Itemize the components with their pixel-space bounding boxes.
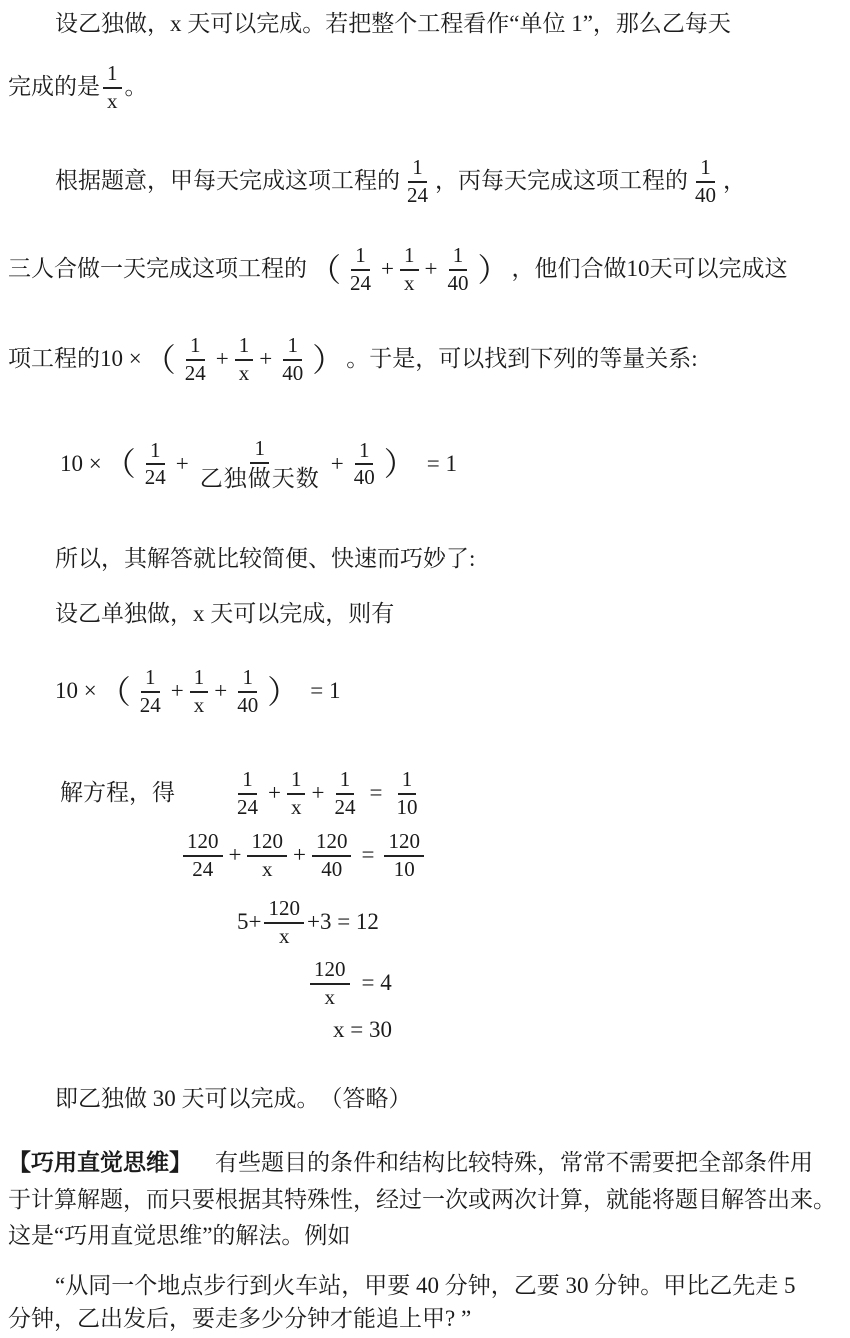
plus-operator: + [214,677,227,706]
fraction-denominator: 40 [317,857,346,882]
body-text: 完成的是 [8,73,100,102]
fraction-denominator: 40 [350,465,379,490]
fraction-numerator: 1 [351,244,370,271]
equation-text: +3 = 12 [307,908,379,937]
fraction-numerator: 1 [146,439,165,466]
fraction-numerator: 1 [141,666,160,693]
math-fraction: 124 [330,768,359,819]
fraction-numerator: 1 [355,439,374,466]
fraction-denominator: 24 [233,795,262,820]
fraction-numerator: 1 [287,768,306,795]
paragraph-line: 所以，其解答就比较简便、快速而巧妙了: [55,545,475,574]
fraction-numerator: 1 [449,244,468,271]
fraction-numerator: 1 [238,768,257,795]
fraction-denominator: 24 [136,693,165,718]
math-fraction: 124 [181,334,210,385]
body-text: ， [723,167,746,196]
math-fraction: 12024 [183,830,223,881]
fraction-numerator: 1 [186,334,205,361]
fraction-numerator: 120 [247,830,287,857]
math-fraction: 140 [443,244,472,295]
math-fraction: 12040 [312,830,352,881]
math-fraction: 1x [190,666,209,717]
equation-lead: 10 × [55,677,97,706]
paragraph-line: 项工程的10 × （ 124 + 1x + 140 ） 。于是，可以找到下列的等… [8,334,698,385]
body-text: 于计算解题，而只要根据其特殊性，经过一次或两次计算，就能将题目解答出来。 [8,1186,836,1215]
math-fraction: 1x [287,768,306,819]
fraction-denominator: 24 [330,795,359,820]
fraction-denominator: 24 [141,465,170,490]
math-fraction: 140 [691,156,720,207]
plus-operator: + [259,345,272,374]
document-page: 设乙独做，x 天可以完成。若把整个工程看作“单位 1”，那么乙每天 完成的是 1… [0,0,850,1338]
plus-operator: + [216,345,229,374]
fraction-denominator: 24 [188,857,217,882]
fraction-denominator: 40 [278,361,307,386]
equation-text: x = 30 [333,1016,392,1045]
paragraph-line: 设乙单独做，x 天可以完成，则有 [55,600,394,629]
body-text: 设乙单独做，x 天可以完成，则有 [55,600,394,629]
plus-operator: + [268,779,281,808]
math-fraction: 1x [235,334,254,385]
fraction-denominator: 40 [691,183,720,208]
equation-result: = 1 [427,450,457,479]
fraction-numerator: 1 [400,244,419,271]
fraction-denominator: x [103,89,122,114]
fraction-denominator: x [321,985,340,1010]
math-fraction: 120x [247,830,287,881]
plus-operator: + [381,255,394,284]
body-text: 有些题目的条件和结构比较特殊，常常不需要把全部条件用 [192,1149,813,1178]
fraction-numerator: 1 [250,437,269,464]
fraction-denominator: x [275,924,294,949]
section-title: 【巧用直觉思维】 [8,1149,192,1178]
body-text: ，他们合做10天可以完成这 [512,255,788,284]
math-fraction: 110 [392,768,421,819]
paragraph-line: “从同一个地点步行到火车站，甲要 40 分钟，乙要 30 分钟。甲比乙先走 5 [55,1272,795,1301]
solve-step-5: x = 30 [333,1016,392,1045]
right-paren: ） [384,448,416,480]
math-fraction: 120x [264,897,304,948]
math-fraction: 140 [278,334,307,385]
math-fraction: 124 [403,156,432,207]
paragraph-line: 即乙独做 30 天可以完成。 （答略） [55,1085,412,1114]
fraction-numerator: 1 [103,62,122,89]
solve-label: 解方程，得 [60,779,175,808]
equation-text: 5+ [237,908,261,937]
math-fraction: 124 [233,768,262,819]
fraction-numerator: 120 [264,897,304,924]
math-fraction: 12010 [384,830,424,881]
equation-text: = 4 [362,969,392,998]
fraction-denominator: x [287,795,306,820]
body-text: 。 [125,73,148,102]
math-fraction: 140 [350,439,379,490]
solve-step-1: 解方程，得 124 + 1x + 124 = 110 [60,768,424,819]
body-text: “从同一个地点步行到火车站，甲要 40 分钟，乙要 30 分钟。甲比乙先走 5 [55,1272,795,1301]
left-paren: （ [99,676,131,708]
fraction-numerator: 1 [336,768,355,795]
fraction-numerator: 1 [283,334,302,361]
body-text: 三人合做一天完成这项工程的 [8,255,307,284]
fraction-numerator: 1 [408,156,427,183]
solve-step-2: 12024 + 120x + 12040 = 12010 [180,830,427,881]
fraction-denominator: 乙独做天数 [195,464,325,492]
fraction-denominator: x [258,857,277,882]
math-fraction: 1乙独做天数 [195,437,325,491]
paragraph-line: 完成的是 1x 。 [8,62,148,113]
plus-operator: + [331,450,344,479]
equation-relation: 10 × （ 124 + 1乙独做天数 + 140 ） = 1 [60,437,457,491]
left-paren: （ [309,254,341,286]
math-fraction: 124 [136,666,165,717]
fraction-numerator: 1 [235,334,254,361]
body-text: 项工程的10 × [8,345,142,374]
plus-operator: + [171,677,184,706]
fraction-denominator: 24 [181,361,210,386]
paragraph-line: 设乙独做，x 天可以完成。若把整个工程看作“单位 1”，那么乙每天 [55,10,731,39]
paragraph-line: 这是“巧用直觉思维”的解法。例如 [8,1222,350,1251]
paragraph-line: 根据题意，甲每天完成这项工程的 124 ，丙每天完成这项工程的 140 ， [55,156,746,207]
fraction-numerator: 120 [312,830,352,857]
paragraph-line: 于计算解题，而只要根据其特殊性，经过一次或两次计算，就能将题目解答出来。 [8,1186,836,1215]
body-text: 分钟，乙出发后，要走多少分钟才能追上甲? ” [8,1305,471,1334]
plus-operator: + [293,841,306,870]
math-fraction: 1x [103,62,122,113]
body-text: 即乙独做 30 天可以完成。 （答略） [55,1085,412,1114]
right-paren: ） [477,254,509,286]
math-fraction: 124 [346,244,375,295]
equals-sign: = [361,841,374,870]
fraction-denominator: 10 [392,795,421,820]
equation-setup: 10 × （ 124 + 1x + 140 ） = 1 [55,666,340,717]
math-fraction: 120x [310,958,350,1009]
fraction-denominator: 24 [346,271,375,296]
fraction-numerator: 120 [310,958,350,985]
equation-result: = 1 [310,677,340,706]
fraction-denominator: 24 [403,183,432,208]
fraction-denominator: x [190,693,209,718]
left-paren: （ [144,344,176,376]
body-text: 这是“巧用直觉思维”的解法。例如 [8,1222,350,1251]
body-text: 设乙独做，x 天可以完成。若把整个工程看作“单位 1”，那么乙每天 [55,10,731,39]
body-text: 根据题意，甲每天完成这项工程的 [55,167,400,196]
math-fraction: 140 [233,666,262,717]
body-text: 所以，其解答就比较简便、快速而巧妙了: [55,545,475,574]
math-fraction: 124 [141,439,170,490]
fraction-denominator: 10 [390,857,419,882]
fraction-denominator: x [400,271,419,296]
math-fraction: 1x [400,244,419,295]
body-text: ，丙每天完成这项工程的 [435,167,688,196]
fraction-numerator: 1 [190,666,209,693]
fraction-numerator: 1 [696,156,715,183]
paragraph-line: 三人合做一天完成这项工程的 （ 124 + 1x + 140 ） ，他们合做10… [8,244,788,295]
fraction-denominator: 40 [443,271,472,296]
plus-operator: + [311,779,324,808]
fraction-denominator: x [235,361,254,386]
left-paren: （ [104,448,136,480]
solve-step-4: 120x = 4 [307,958,392,1009]
body-text: 。于是，可以找到下列的等量关系: [346,345,697,374]
fraction-numerator: 1 [238,666,257,693]
section-heading-line: 【巧用直觉思维】 有些题目的条件和结构比较特殊，常常不需要把全部条件用 [8,1149,813,1178]
fraction-numerator: 1 [398,768,417,795]
plus-operator: + [229,841,242,870]
plus-operator: + [176,450,189,479]
right-paren: ） [267,676,299,708]
equals-sign: = [369,779,382,808]
plus-operator: + [425,255,438,284]
right-paren: ） [312,344,344,376]
equation-lead: 10 × [60,450,102,479]
fraction-numerator: 120 [384,830,424,857]
solve-step-3: 5+ 120x +3 = 12 [237,897,379,948]
fraction-numerator: 120 [183,830,223,857]
fraction-denominator: 40 [233,693,262,718]
paragraph-line: 分钟，乙出发后，要走多少分钟才能追上甲? ” [8,1305,471,1334]
